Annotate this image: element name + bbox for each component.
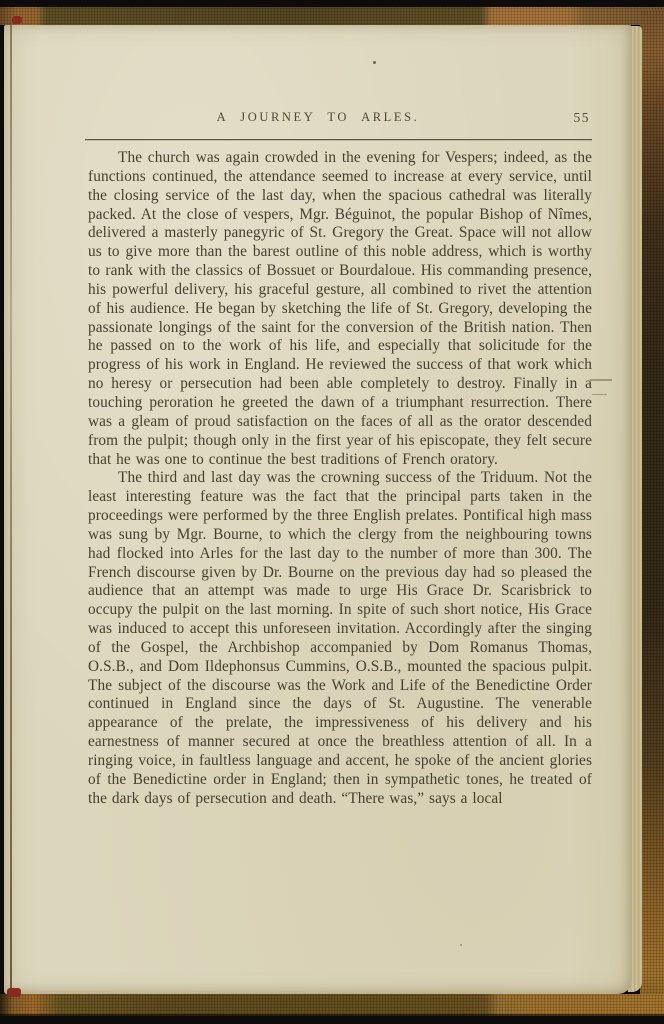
book-cover-right-edge	[640, 10, 664, 1012]
headband-mark-bottom	[7, 988, 21, 997]
paper-speck	[373, 61, 376, 64]
paper-speck	[460, 944, 462, 946]
paragraph-third-day: The third and last day was the crowning …	[88, 469, 592, 808]
book-photograph: A JOURNEY TO ARLES. 55 The church was ag…	[0, 0, 664, 1024]
page-body-text: The church was again crowded in the even…	[88, 149, 592, 809]
page-number: 55	[574, 110, 591, 126]
running-header-title: A JOURNEY TO ARLES.	[66, 110, 570, 125]
gutter-crease	[10, 25, 12, 991]
header-rule	[85, 139, 592, 140]
paragraph-vespers: The church was again crowded in the even…	[88, 149, 592, 469]
paper-scratch	[590, 379, 612, 381]
book-cover-bottom-edge	[0, 994, 664, 1016]
book-cover-top-edge	[0, 7, 664, 25]
paper-scratch	[592, 394, 607, 395]
headband-mark-top	[12, 16, 22, 24]
running-header: A JOURNEY TO ARLES. 55	[88, 110, 592, 128]
